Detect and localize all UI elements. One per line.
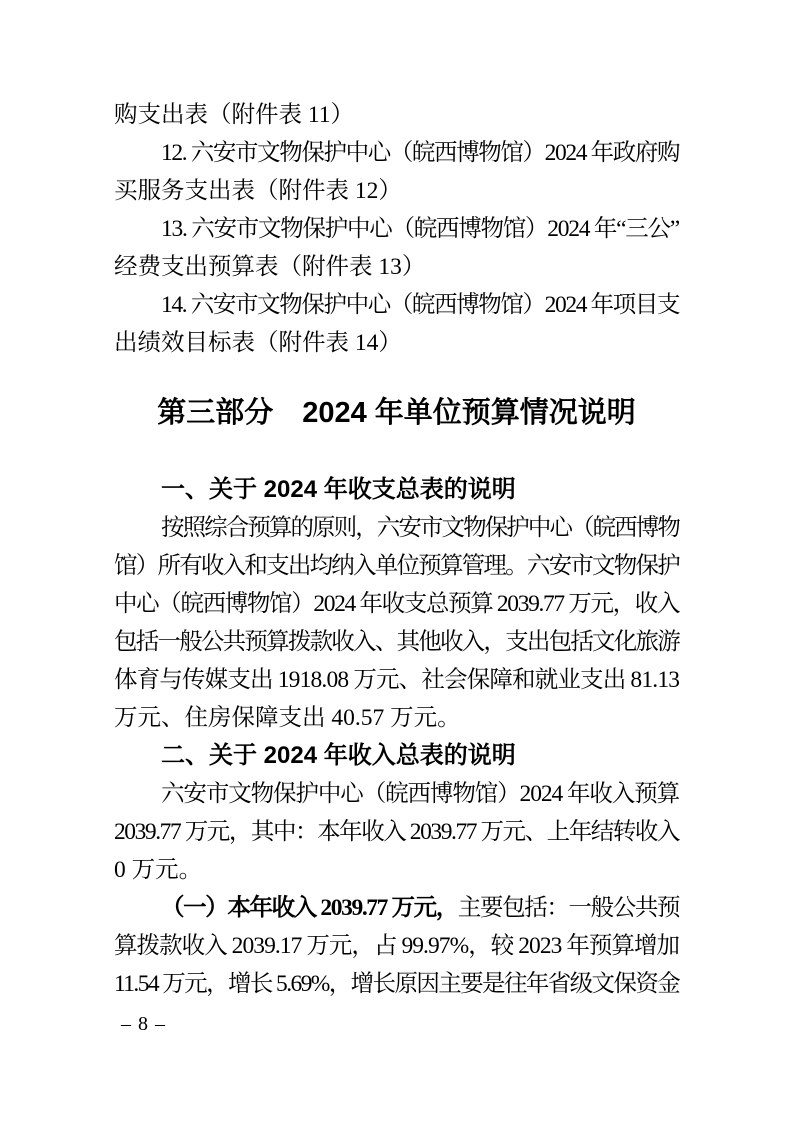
text-run: 经费支出预算表（附件表 13）: [114, 254, 425, 280]
text-line: （一）本年收入 2039.77 万元，主要包括：一般公共预: [114, 889, 679, 927]
text-line: 13. 六安市文物保护中心（皖西博物馆）2024 年“三公”: [114, 210, 679, 248]
text-run: 0 万元。: [114, 857, 202, 883]
text-run: 2039.77 万元，其中：本年收入 2039.77 万元、上年结转收入: [114, 819, 679, 845]
section-heading: 第三部分 2024 年单位预算情况说明: [114, 389, 679, 437]
text-run: 六安市文物保护中心（皖西博物馆）2024 年收入预算: [161, 781, 679, 807]
sub-heading: 一、关于 2024 年收支总表的说明: [114, 471, 679, 509]
text-run: 11.54 万元，增长 5.69%，增长原因主要是往年省级文保资金: [114, 971, 679, 997]
document-page: 购支出表（附件表 11）12. 六安市文物保护中心（皖西博物馆）2024 年政府…: [0, 0, 793, 1122]
text-line: 14. 六安市文物保护中心（皖西博物馆）2024 年项目支: [114, 286, 679, 324]
text-line: 11.54 万元，增长 5.69%，增长原因主要是往年省级文保资金: [114, 965, 679, 1003]
text-line: 0 万元。: [114, 851, 679, 889]
text-run: 包括一般公共预算拨款收入、其他收入，支出包括文化旅游: [114, 629, 679, 655]
text-run: 馆）所有收入和支出均纳入单位预算管理。六安市文物保护: [114, 553, 679, 579]
text-run: 中心（皖西博物馆）2024 年收支总预算 2039.77 万元，收入: [114, 591, 679, 617]
text-run: 万元、住房保障支出 40.57 万元。: [114, 705, 461, 731]
text-run: 13. 六安市文物保护中心（皖西博物馆）2024 年“三公”: [161, 216, 679, 242]
text-line: 体育与传媒支出 1918.08 万元、社会保障和就业支出 81.13: [114, 661, 679, 699]
text-line: 经费支出预算表（附件表 13）: [114, 248, 679, 286]
text-run: 二、关于 2024 年收入总表的说明: [161, 742, 516, 769]
text-line: 六安市文物保护中心（皖西博物馆）2024 年收入预算: [114, 775, 679, 813]
text-run: 14. 六安市文物保护中心（皖西博物馆）2024 年项目支: [161, 292, 679, 318]
text-line: 按照综合预算的原则，六安市文物保护中心（皖西博物: [114, 509, 679, 547]
text-run: 一、关于 2024 年收支总表的说明: [161, 476, 516, 503]
text-line: 出绩效目标表（附件表 14）: [114, 324, 679, 362]
text-line: 中心（皖西博物馆）2024 年收支总预算 2039.77 万元，收入: [114, 585, 679, 623]
text-line: 2039.77 万元，其中：本年收入 2039.77 万元、上年结转收入: [114, 813, 679, 851]
text-run: 体育与传媒支出 1918.08 万元、社会保障和就业支出 81.13: [114, 667, 679, 693]
bold-text-run: （一）本年收入 2039.77 万元，: [161, 895, 458, 921]
text-line: 购支出表（附件表 11）: [114, 96, 679, 134]
text-run: 算拨款收入 2039.17 万元，占 99.97%，较 2023 年预算增加: [114, 933, 679, 959]
text-run: 按照综合预算的原则，六安市文物保护中心（皖西博物: [161, 515, 679, 541]
text-run: 12. 六安市文物保护中心（皖西博物馆）2024 年政府购: [161, 140, 679, 166]
page-number: – 8 –: [121, 1011, 166, 1037]
text-line: 12. 六安市文物保护中心（皖西博物馆）2024 年政府购: [114, 134, 679, 172]
text-run: 出绩效目标表（附件表 14）: [114, 330, 402, 356]
sub-heading: 二、关于 2024 年收入总表的说明: [114, 737, 679, 775]
text-line: 万元、住房保障支出 40.57 万元。: [114, 699, 679, 737]
text-line: 算拨款收入 2039.17 万元，占 99.97%，较 2023 年预算增加: [114, 927, 679, 965]
text-run: 买服务支出表（附件表 12）: [114, 178, 402, 204]
text-run: 主要包括：一般公共预: [458, 895, 679, 921]
text-run: 购支出表（附件表 11）: [114, 102, 354, 128]
text-line: 馆）所有收入和支出均纳入单位预算管理。六安市文物保护: [114, 547, 679, 585]
document-body: 购支出表（附件表 11）12. 六安市文物保护中心（皖西博物馆）2024 年政府…: [114, 96, 679, 1003]
text-line: 买服务支出表（附件表 12）: [114, 172, 679, 210]
text-line: 包括一般公共预算拨款收入、其他收入，支出包括文化旅游: [114, 623, 679, 661]
text-run: 第三部分 2024 年单位预算情况说明: [157, 397, 636, 429]
